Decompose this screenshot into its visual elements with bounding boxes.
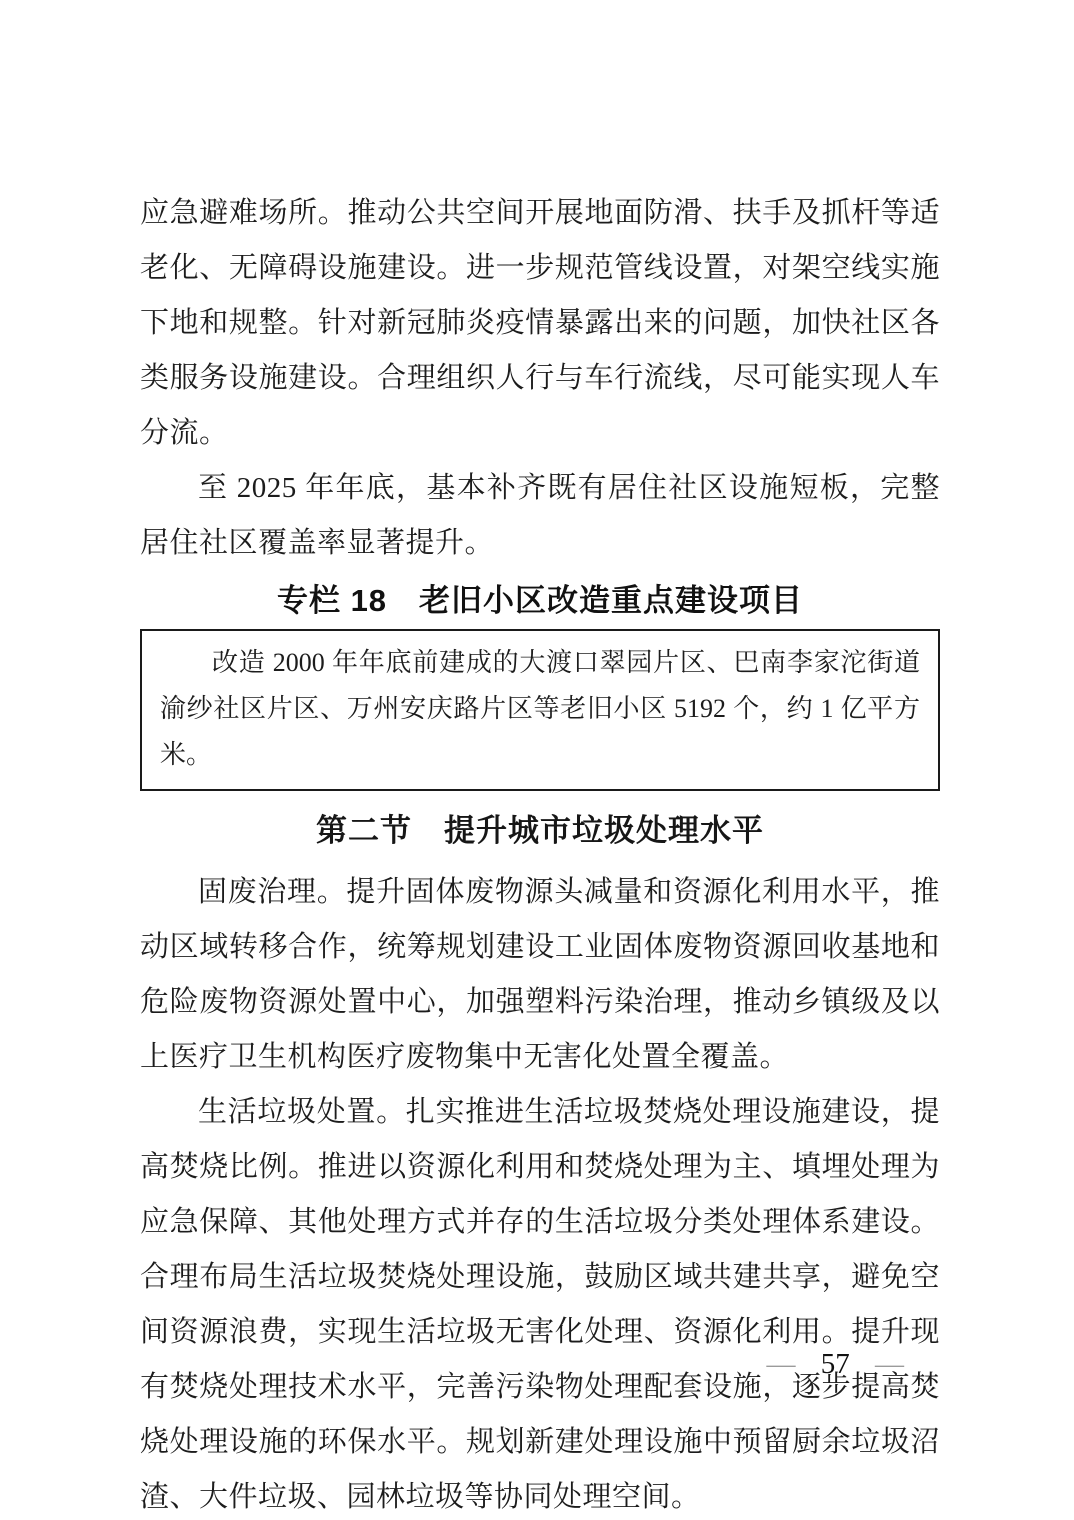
page-number: — 57 — [767, 1346, 905, 1382]
section-2-heading: 第二节 提升城市垃圾处理水平 [140, 807, 940, 855]
paragraph-2025-target: 至 2025 年年底，基本补齐既有居住社区设施短板，完整居住社区覆盖率显著提升。 [140, 461, 940, 571]
column-18-body: 改造 2000 年年底前建成的大渡口翠园片区、巴南李家沱街道渝纱社区片区、万州安… [160, 640, 920, 778]
paragraph-domestic-waste: 生活垃圾处置。扎实推进生活垃圾焚烧处理设施建设，提高焚烧比例。推进以资源化利用和… [140, 1085, 940, 1520]
text-block: 应急避难场所。推动公共空间开展地面防滑、扶手及抓杆等适老化、无障碍设施建设。进一… [140, 186, 940, 1520]
document-page: 应急避难场所。推动公共空间开展地面防滑、扶手及抓杆等适老化、无障碍设施建设。进一… [0, 0, 1074, 1520]
page-number-value: 57 [821, 1348, 850, 1380]
page-number-dash-left: — [767, 1348, 796, 1380]
column-18-heading: 专栏 18 老旧小区改造重点建设项目 [140, 579, 940, 623]
paragraph-continuation: 应急避难场所。推动公共空间开展地面防滑、扶手及抓杆等适老化、无障碍设施建设。进一… [140, 186, 940, 461]
column-18-box: 改造 2000 年年底前建成的大渡口翠园片区、巴南李家沱街道渝纱社区片区、万州安… [140, 629, 940, 791]
page-number-dash-right: — [875, 1348, 904, 1380]
paragraph-solid-waste: 固废治理。提升固体废物源头减量和资源化利用水平，推动区域转移合作，统筹规划建设工… [140, 865, 940, 1085]
